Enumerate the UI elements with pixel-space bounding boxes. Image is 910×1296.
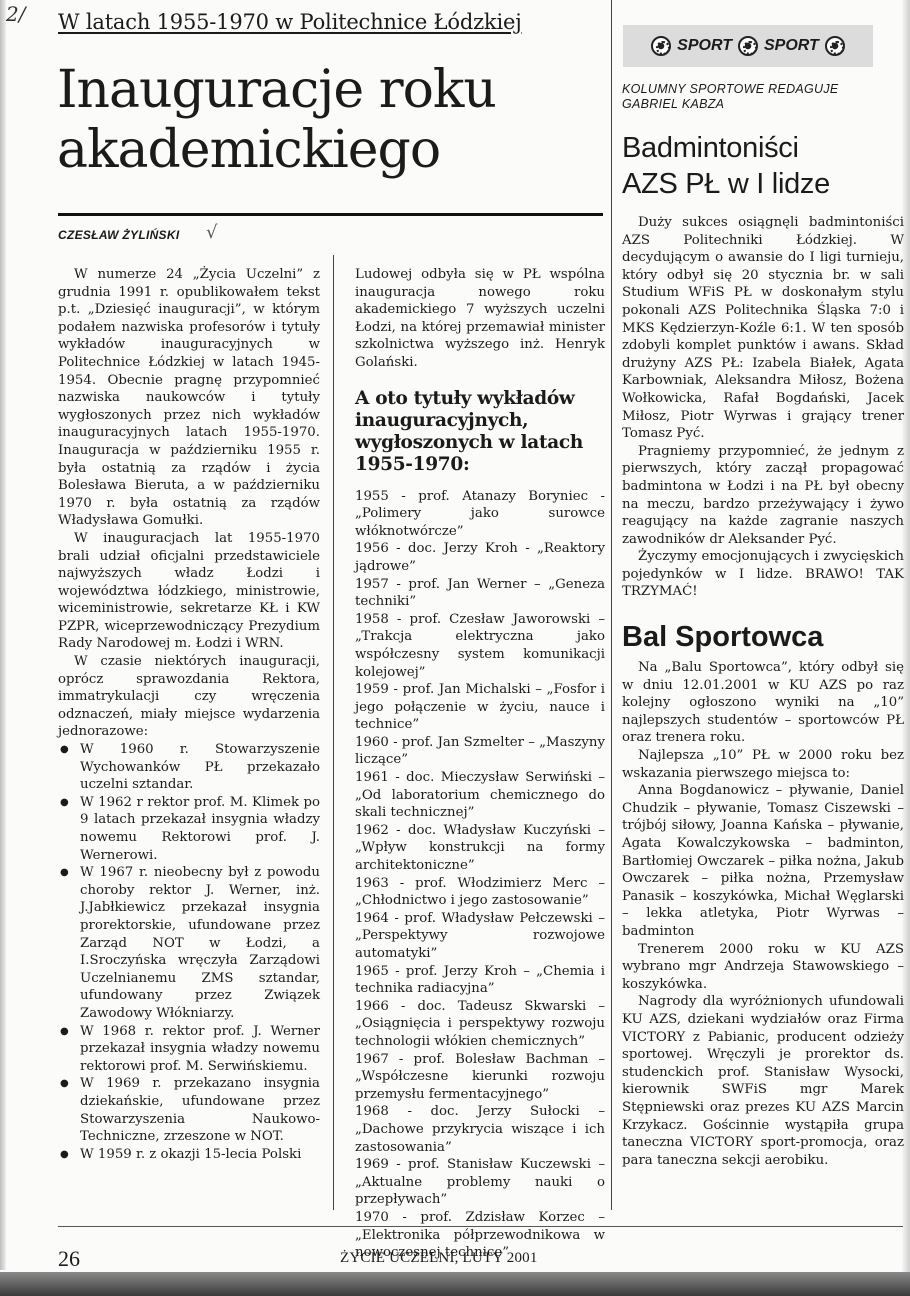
bal-paragraph: Anna Bogdanowicz – pływanie, Daniel Chud… bbox=[622, 782, 904, 940]
lecture-item: 1969 - prof. Stanisław Kuczewski – „Aktu… bbox=[355, 1156, 605, 1209]
badminton-paragraph: Duży sukces osiągnęli badmintoniści AZS … bbox=[622, 214, 904, 443]
continuation-paragraph: Ludowej odbyła się w PŁ wspólna inaugura… bbox=[355, 266, 605, 372]
event-item: W 1962 r rektor prof. M. Klimek po 9 lat… bbox=[58, 794, 320, 864]
lecture-item: 1956 - doc. Jerzy Kroh - „Reaktory jądro… bbox=[355, 540, 605, 575]
handwritten-corner-mark: 2/ bbox=[6, 2, 25, 26]
soccer-ball-icon bbox=[651, 36, 671, 56]
sport-banner-word: SPORT bbox=[677, 37, 732, 55]
lecture-item: 1958 - prof. Czesław Jaworowski – „Trakc… bbox=[355, 611, 605, 681]
editor-line-1: KOLUMNY SPORTOWE REDAGUJE bbox=[622, 82, 839, 96]
event-item: W 1967 r. nieobecny był z powodu choroby… bbox=[58, 864, 320, 1022]
badminton-paragraph: Pragniemy przypomnieć, że jednym z pierw… bbox=[622, 443, 904, 549]
column-divider-2 bbox=[611, 0, 612, 1210]
scan-bottom-edge bbox=[0, 1272, 910, 1296]
soccer-ball-icon bbox=[738, 36, 758, 56]
title-rule bbox=[58, 213, 603, 216]
lecture-item: 1966 - doc. Tadeusz Skwarski – „Osiągnię… bbox=[355, 998, 605, 1051]
badminton-headline: Badmintoniści AZS PŁ w I lidze bbox=[622, 130, 830, 202]
lecture-item: 1960 - prof. Jan Szmelter – „Maszyny lic… bbox=[355, 734, 605, 769]
lectures-heading: A oto tytuły wykładów inauguracyjnych, w… bbox=[355, 388, 605, 476]
lecture-item: 1955 - prof. Atanazy Boryniec - „Polimer… bbox=[355, 488, 605, 541]
lectures-list: 1955 - prof. Atanazy Boryniec - „Polimer… bbox=[355, 488, 605, 1262]
article-column-2: Ludowej odbyła się w PŁ wspólna inaugura… bbox=[355, 266, 605, 1262]
lecture-item: 1959 - prof. Jan Michalski – „Fosfor i j… bbox=[355, 681, 605, 734]
page-number: 26 bbox=[58, 1246, 80, 1272]
editor-line-2: GABRIEL KABZA bbox=[622, 97, 724, 111]
soccer-ball-icon bbox=[825, 36, 845, 56]
bal-paragraph: Nagrody dla wyróżnionych ufundowali KU A… bbox=[622, 993, 904, 1169]
bal-sportowca-headline: Bal Sportowca bbox=[622, 619, 904, 655]
sport-banner-word: SPORT bbox=[764, 37, 819, 55]
bal-paragraph: Na „Balu Sportowca”, który odbył się w d… bbox=[622, 659, 904, 747]
lecture-item: 1968 - doc. Jerzy Sułocki – „Dachowe prz… bbox=[355, 1103, 605, 1156]
badminton-headline-line-1: Badmintoniści bbox=[622, 132, 799, 164]
badminton-headline-line-2: AZS PŁ w I lidze bbox=[622, 168, 830, 200]
events-list: W 1960 r. Stowarzyszenie Wychowanków PŁ … bbox=[58, 741, 320, 1163]
article-paragraph: W czasie niektórych inauguracji, oprócz … bbox=[58, 653, 320, 741]
title-line-1: Inauguracje roku bbox=[57, 60, 496, 120]
sport-column: Duży sukces osiągnęli badmintoniści AZS … bbox=[622, 214, 904, 1169]
lecture-item: 1965 - prof. Jerzy Kroh – „Chemia i tech… bbox=[355, 963, 605, 998]
event-item: W 1969 r. przekazano insygnia dziekański… bbox=[58, 1075, 320, 1145]
title-line-2: akademickiego bbox=[57, 120, 440, 180]
lecture-item: 1962 - doc. Władysław Kuczyński – „Wpływ… bbox=[355, 822, 605, 875]
lecture-item: 1967 - prof. Bolesław Bachman – „Współcz… bbox=[355, 1051, 605, 1104]
article-title: Inauguracje roku akademickiego bbox=[57, 60, 617, 180]
bal-paragraph: Najlepsza „10” PŁ w 2000 roku bez wskaza… bbox=[622, 747, 904, 782]
lecture-item: 1964 - prof. Władysław Pełczewski – „Per… bbox=[355, 910, 605, 963]
bal-paragraph: Trenerem 2000 roku w KU AZS wybrano mgr … bbox=[622, 941, 904, 994]
sport-editor-note: KOLUMNY SPORTOWE REDAGUJE GABRIEL KABZA bbox=[622, 82, 839, 112]
event-item: W 1959 r. z okazji 15-lecia Polski bbox=[58, 1146, 320, 1164]
article-kicker: W latach 1955-1970 w Politechnice Łódzki… bbox=[58, 10, 522, 34]
lecture-item: 1961 - doc. Mieczysław Serwiński – „Od l… bbox=[355, 769, 605, 822]
event-item: W 1968 r. rektor prof. J. Werner przekaz… bbox=[58, 1023, 320, 1076]
column-divider-1 bbox=[333, 255, 334, 1210]
author-byline: CZESŁAW ŻYLIŃSKI bbox=[58, 228, 179, 242]
lecture-item: 1963 - prof. Włodzimierz Merc – „Chłodni… bbox=[355, 875, 605, 910]
lecture-item: 1957 - prof. Jan Werner – „Geneza techni… bbox=[355, 576, 605, 611]
handwritten-check-icon: √ bbox=[206, 222, 217, 243]
page-left-edge bbox=[0, 0, 6, 1270]
article-column-1: W numerze 24 „Życia Uczelni” z grudnia 1… bbox=[58, 266, 320, 1163]
publication-footer: ŻYCIE UCZELNI, LUTY 2001 bbox=[340, 1250, 538, 1267]
article-paragraph: W inauguracjach lat 1955-1970 brali udzi… bbox=[58, 530, 320, 653]
footer-rule bbox=[58, 1226, 903, 1227]
article-paragraph: W numerze 24 „Życia Uczelni” z grudnia 1… bbox=[58, 266, 320, 530]
event-item: W 1960 r. Stowarzyszenie Wychowanków PŁ … bbox=[58, 741, 320, 794]
sport-banner: SPORT SPORT bbox=[623, 25, 873, 67]
badminton-paragraph: Życzymy emocjonujących i zwycięskich poj… bbox=[622, 548, 904, 601]
